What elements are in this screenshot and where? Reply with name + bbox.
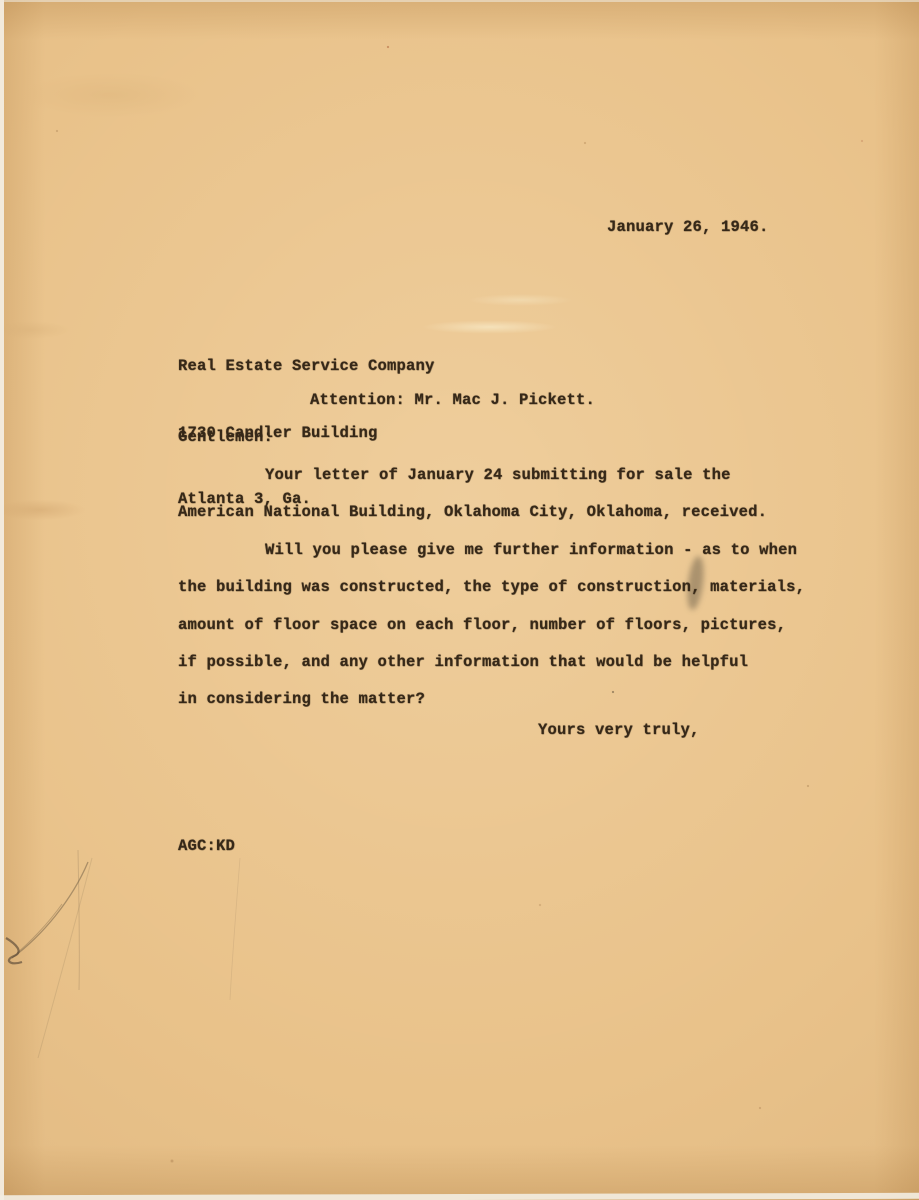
body-line: Your letter of January 24 submitting for… (265, 464, 731, 486)
body-line: if possible, and any other information t… (178, 651, 748, 673)
body-line: the building was constructed, the type o… (178, 576, 805, 598)
complimentary-closing: Yours very truly, (538, 719, 700, 741)
body-line: in considering the matter? (178, 688, 425, 710)
letter-date: January 26, 1946. (607, 216, 769, 238)
body-line: American National Building, Oklahoma Cit… (178, 501, 767, 523)
scanned-letter-page: January 26, 1946. Real Estate Service Co… (0, 0, 919, 1200)
reference-initials: AGC:KD (178, 835, 235, 857)
scan-edge-top (0, 0, 919, 2)
body-line: amount of floor space on each floor, num… (178, 614, 786, 636)
salutation: Gentlemen: (178, 426, 273, 448)
attention-line: Attention: Mr. Mac J. Pickett. (310, 389, 595, 411)
scan-edge-left (0, 0, 4, 1200)
body-line: Will you please give me further informat… (265, 539, 797, 561)
aged-paper-background (0, 0, 919, 1200)
recipient-company: Real Estate Service Company (178, 355, 435, 378)
scan-edge-bottom (0, 1193, 919, 1200)
